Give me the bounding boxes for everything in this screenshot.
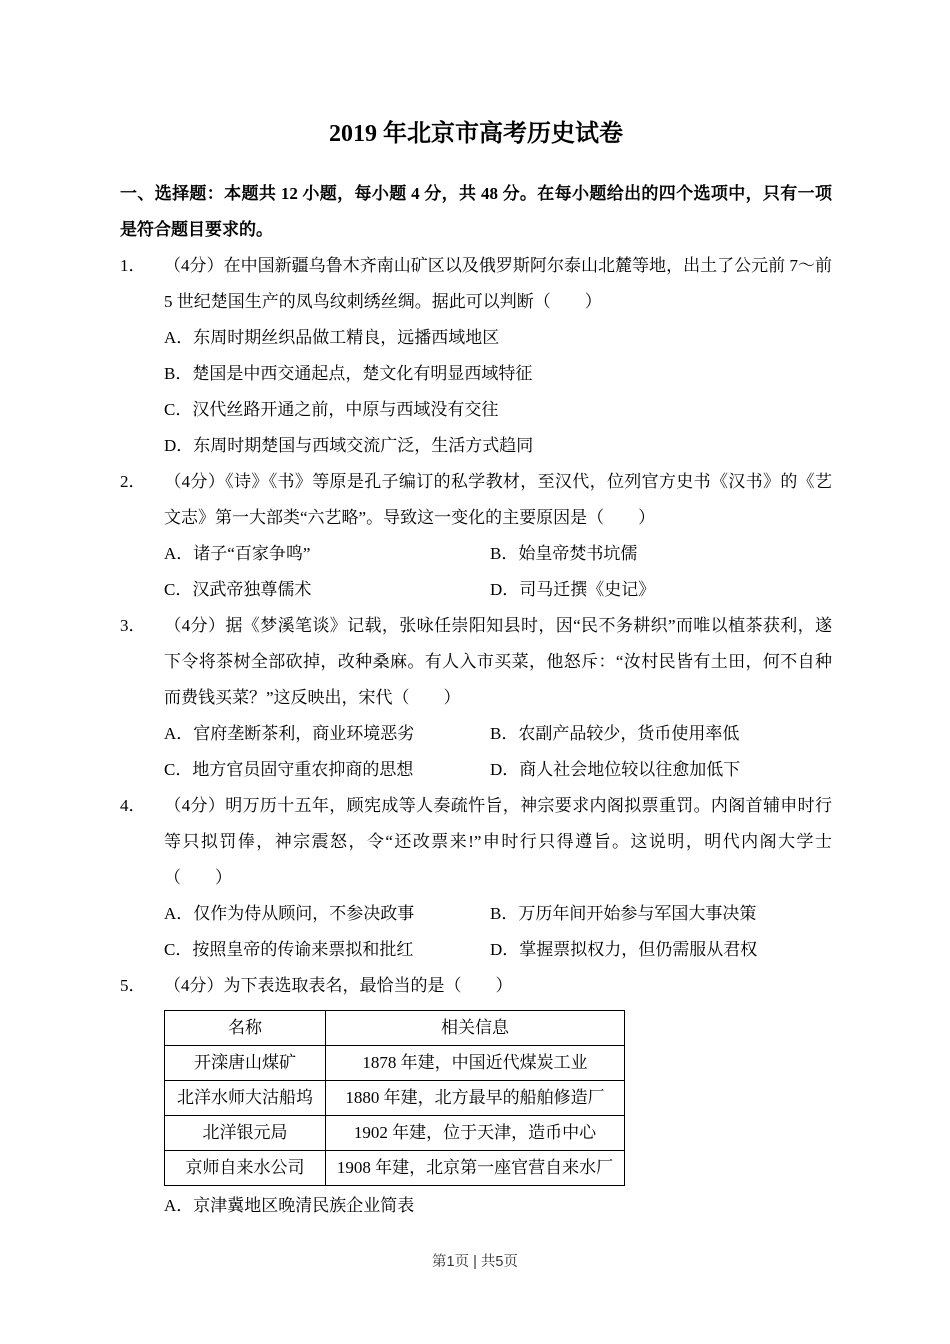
table-row: 北洋水师大沽船坞1880 年建，北方最早的船舶修造厂 (165, 1081, 625, 1116)
table-cell: 开滦唐山煤矿 (165, 1046, 326, 1081)
question-table: 名称相关信息开滦唐山煤矿1878 年建，中国近代煤炭工业北洋水师大沽船坞1880… (164, 1010, 625, 1186)
question-2: 2．（4分）《诗》《书》等原是孔子编订的私学教材，至汉代，位列官方史书《汉书》的… (120, 464, 832, 608)
option: B．农副产品较少，货币使用率低 (490, 716, 832, 752)
question-stem: 2．（4分）《诗》《书》等原是孔子编订的私学教材，至汉代，位列官方史书《汉书》的… (120, 464, 832, 536)
question-4: 4．（4分）明万历十五年，顾宪成等人奏疏忤旨，神宗要求内阁拟票重罚。内阁首辅申时… (120, 788, 832, 968)
table-cell: 1878 年建，中国近代煤炭工业 (326, 1046, 625, 1081)
option: C．按照皇帝的传谕来票拟和批红 (164, 932, 490, 968)
option: A．东周时期丝织品做工精良，远播西域地区 (120, 320, 832, 356)
option: C．汉代丝路开通之前，中原与西域没有交往 (120, 392, 832, 428)
table-cell: 1880 年建，北方最早的船舶修造厂 (326, 1081, 625, 1116)
option-row: C．地方官员固守重农抑商的思想D．商人社会地位较以往愈加低下 (120, 752, 832, 788)
page-number: 第1页 | 共5页 (432, 1254, 518, 1270)
question-5: 5．（4分）为下表选取表名，最恰当的是（ ）名称相关信息开滦唐山煤矿1878 年… (120, 968, 832, 1224)
table-header-row: 名称相关信息 (165, 1011, 625, 1046)
option: B．楚国是中西交通起点，楚文化有明显西域特征 (120, 356, 832, 392)
question-stem-text: （4分）为下表选取表名，最恰当的是（ ） (164, 976, 513, 995)
page-footer: 第1页 | 共5页 (0, 1250, 950, 1271)
option: D．东周时期楚国与西域交流广泛，生活方式趋同 (120, 428, 832, 464)
option: A．诸子“百家争鸣” (164, 536, 490, 572)
page-content: 2019 年北京市高考历史试卷 一、选择题：本题共 12 小题，每小题 4 分，… (120, 0, 832, 1224)
option-row: A．官府垄断茶利，商业环境恶劣B．农副产品较少，货币使用率低 (120, 716, 832, 752)
table-cell: 1908 年建，北京第一座官营自来水厂 (326, 1151, 625, 1186)
question-stem: 3．（4分）据《梦溪笔谈》记载，张咏任崇阳知县时，因“民不务耕织”而唯以植茶获利… (120, 608, 832, 716)
question-stem-text: （4分）《诗》《书》等原是孔子编订的私学教材，至汉代，位列官方史书《汉书》的《艺… (164, 472, 832, 527)
option-row: A．诸子“百家争鸣”B．始皇帝焚书坑儒 (120, 536, 832, 572)
option-row: A．仅作为侍从顾问，不参决政事B．万历年间开始参与军国大事决策 (120, 896, 832, 932)
question-1: 1．（4分）在中国新疆乌鲁木齐南山矿区以及俄罗斯阿尔泰山北麓等地，出土了公元前 … (120, 248, 832, 464)
question-3: 3．（4分）据《梦溪笔谈》记载，张咏任崇阳知县时，因“民不务耕织”而唯以植茶获利… (120, 608, 832, 788)
page-title: 2019 年北京市高考历史试卷 (120, 118, 832, 150)
option: D．掌握票拟权力，但仍需服从君权 (490, 932, 832, 968)
table-cell: 北洋银元局 (165, 1116, 326, 1151)
option-row: C．汉武帝独尊儒术D．司马迁撰《史记》 (120, 572, 832, 608)
table-header-cell: 名称 (165, 1011, 326, 1046)
table-cell: 北洋水师大沽船坞 (165, 1081, 326, 1116)
option-row: C．按照皇帝的传谕来票拟和批红D．掌握票拟权力，但仍需服从君权 (120, 932, 832, 968)
option: D．司马迁撰《史记》 (490, 572, 832, 608)
question-list: 1．（4分）在中国新疆乌鲁木齐南山矿区以及俄罗斯阿尔泰山北麓等地，出土了公元前 … (120, 248, 832, 1224)
option: A．仅作为侍从顾问，不参决政事 (164, 896, 490, 932)
option: B．万历年间开始参与军国大事决策 (490, 896, 832, 932)
question-number: 1． (120, 248, 164, 284)
table-row: 开滦唐山煤矿1878 年建，中国近代煤炭工业 (165, 1046, 625, 1081)
table-header-cell: 相关信息 (326, 1011, 625, 1046)
option: B．始皇帝焚书坑儒 (490, 536, 832, 572)
exam-page: 2019 年北京市高考历史试卷 一、选择题：本题共 12 小题，每小题 4 分，… (0, 0, 950, 1344)
question-stem: 4．（4分）明万历十五年，顾宪成等人奏疏忤旨，神宗要求内阁拟票重罚。内阁首辅申时… (120, 788, 832, 896)
option: A．官府垄断茶利，商业环境恶劣 (164, 716, 490, 752)
option: D．商人社会地位较以往愈加低下 (490, 752, 832, 788)
question-stem-text: （4分）明万历十五年，顾宪成等人奏疏忤旨，神宗要求内阁拟票重罚。内阁首辅申时行等… (164, 796, 832, 887)
question-stem-text: （4分）据《梦溪笔谈》记载，张咏任崇阳知县时，因“民不务耕织”而唯以植茶获利，遂… (164, 616, 832, 707)
table-row: 北洋银元局1902 年建，位于天津，造币中心 (165, 1116, 625, 1151)
question-stem: 1．（4分）在中国新疆乌鲁木齐南山矿区以及俄罗斯阿尔泰山北麓等地，出土了公元前 … (120, 248, 832, 320)
question-number: 2． (120, 464, 164, 500)
question-number: 5． (120, 968, 164, 1004)
section-intro: 一、选择题：本题共 12 小题，每小题 4 分，共 48 分。在每小题给出的四个… (120, 176, 832, 248)
table-cell: 1902 年建，位于天津，造币中心 (326, 1116, 625, 1151)
question-number: 3． (120, 608, 164, 644)
table-cell: 京师自来水公司 (165, 1151, 326, 1186)
question-stem: 5．（4分）为下表选取表名，最恰当的是（ ） (120, 968, 832, 1004)
table-row: 京师自来水公司1908 年建，北京第一座官营自来水厂 (165, 1151, 625, 1186)
option: C．汉武帝独尊儒术 (164, 572, 490, 608)
question-stem-text: （4分）在中国新疆乌鲁木齐南山矿区以及俄罗斯阿尔泰山北麓等地，出土了公元前 7～… (164, 256, 832, 311)
question-number: 4． (120, 788, 164, 824)
option: C．地方官员固守重农抑商的思想 (164, 752, 490, 788)
option: A．京津冀地区晚清民族企业简表 (120, 1188, 832, 1224)
